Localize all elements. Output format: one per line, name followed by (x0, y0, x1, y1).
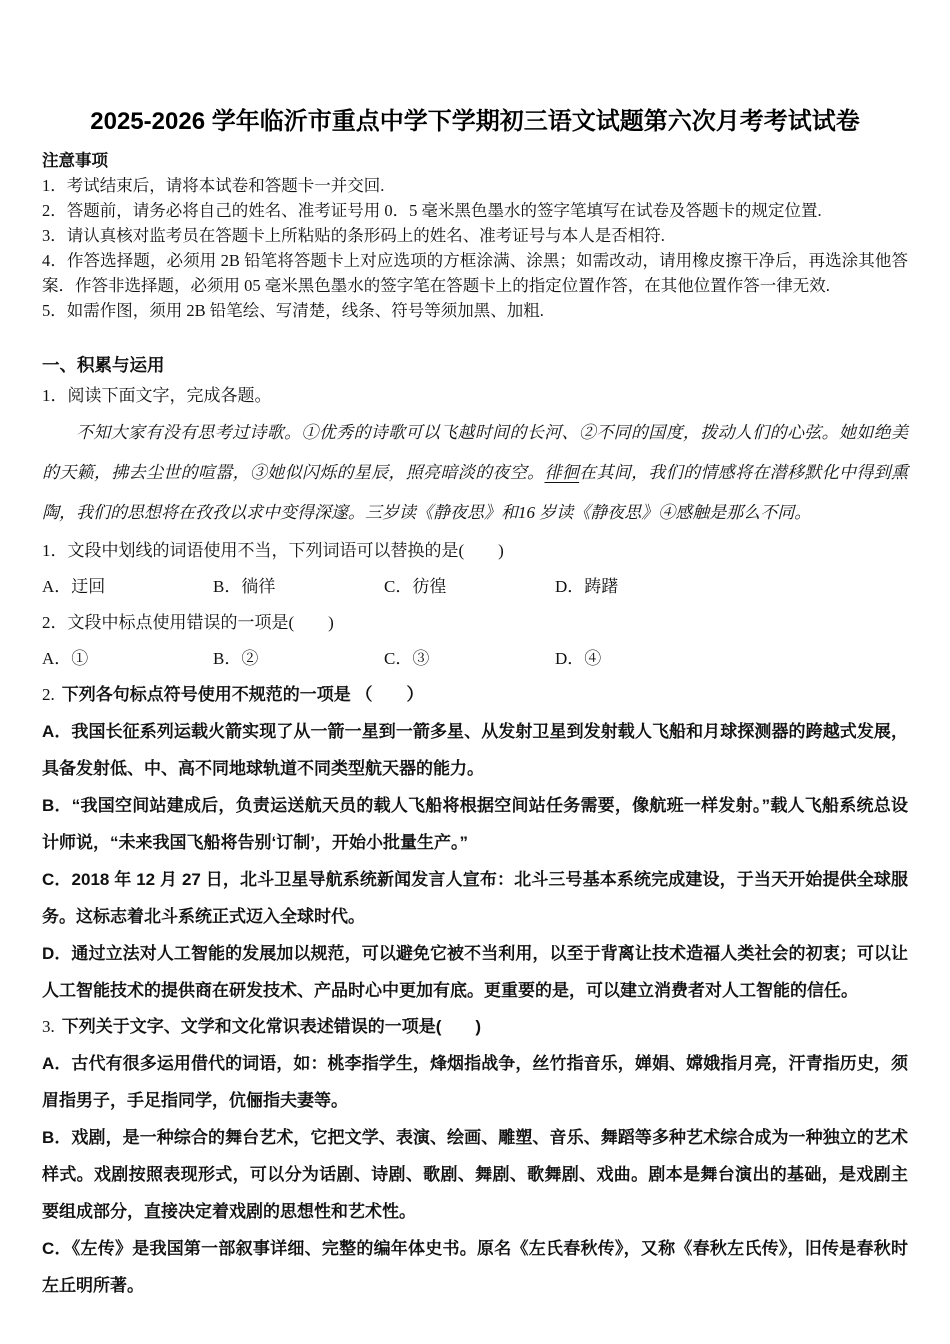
section-accumulation-and-use: 一、积累与运用 1．阅读下面文字，完成各题。 不知大家有没有思考过诗歌。①优秀的… (42, 351, 908, 1304)
question-2-stem: 2.下列各句标点符号使用不规范的一项是 （ ） (42, 677, 908, 713)
notice-heading: 注意事项 (42, 148, 908, 173)
sub-question-1-stem: 1．文段中划线的词语使用不当，下列词语可以替换的是( ) (42, 533, 908, 569)
sub2-option-a: A．① (42, 641, 213, 677)
question-2-option-d: D．通过立法对人工智能的发展加以规范，可以避免它被不当利用，以至于背离让技术造福… (42, 935, 908, 1009)
question-2-number: 2. (42, 685, 55, 704)
question-3-text: 下列关于文字、文学和文化常识表述错误的一项是( ) (62, 1017, 481, 1036)
sub1-option-a: A．迂回 (42, 569, 213, 605)
sub-question-2-stem: 2．文段中标点使用错误的一项是( ) (42, 605, 908, 641)
passage-underlined-word: 徘徊 (544, 463, 579, 482)
sub-question-1-options: A．迂回 B．徜徉 C．彷徨 D．踌躇 (42, 569, 908, 605)
question-2-option-b: B．“我国空间站建成后，负责运送航天员的载人飞船将根据空间站任务需要，像航班一样… (42, 787, 908, 861)
section-heading: 一、积累与运用 (42, 351, 908, 379)
notice-item-4: 4．作答选择题，必须用 2B 铅笔将答题卡上对应选项的方框涂满、涂黑；如需改动，… (42, 248, 908, 298)
question-3-option-b: B．戏剧，是一种综合的舞台艺术，它把文学、表演、绘画、雕塑、音乐、舞蹈等多种艺术… (42, 1119, 908, 1230)
sub-question-2-options: A．① B．② C．③ D．④ (42, 641, 908, 677)
question-2-option-a: A．我国长征系列运载火箭实现了从一箭一星到一箭多星、从发射卫星到发射载人飞船和月… (42, 713, 908, 787)
exam-paper-page: 2025-2026 学年临沂市重点中学下学期初三语文试题第六次月考考试试卷 注意… (0, 0, 950, 1344)
question-3-option-c: C．《左传》是我国第一部叙事详细、完整的编年体史书。原名《左氏春秋传》，又称《春… (42, 1230, 908, 1304)
reading-passage: 不知大家有没有思考过诗歌。①优秀的诗歌可以飞越时间的长河、②不同的国度，拨动人们… (42, 413, 908, 533)
sub1-option-c: C．彷徨 (384, 569, 555, 605)
sub1-option-d: D．踌躇 (555, 569, 618, 605)
notice-item-5: 5．如需作图，须用 2B 铅笔绘、写清楚，线条、符号等须加黑、加粗. (42, 298, 908, 323)
question-3-stem: 3.下列关于文字、文学和文化常识表述错误的一项是( ) (42, 1009, 908, 1045)
sub2-option-d: D．④ (555, 641, 601, 677)
notice-item-1: 1．考试结束后，请将本试卷和答题卡一并交回. (42, 173, 908, 198)
sub2-option-c: C．③ (384, 641, 555, 677)
notice-item-3: 3．请认真核对监考员在答题卡上所粘贴的条形码上的姓名、准考证号与本人是否相符. (42, 223, 908, 248)
page-title: 2025-2026 学年临沂市重点中学下学期初三语文试题第六次月考考试试卷 (42, 106, 908, 138)
question-2-text: 下列各句标点符号使用不规范的一项是 （ ） (62, 685, 424, 704)
sub1-option-b: B．徜徉 (213, 569, 384, 605)
question-3-option-a: A．古代有很多运用借代的词语，如：桃李指学生，烽烟指战争，丝竹指音乐，婵娟、嫦娥… (42, 1045, 908, 1119)
sub2-option-b: B．② (213, 641, 384, 677)
question-2-option-c: C．2018 年 12 月 27 日，北斗卫星导航系统新闻发言人宣布：北斗三号基… (42, 861, 908, 935)
question-1-intro: 1．阅读下面文字，完成各题。 (42, 379, 908, 413)
question-3-number: 3. (42, 1017, 55, 1036)
notice-section: 注意事项 1．考试结束后，请将本试卷和答题卡一并交回. 2．答题前，请务必将自己… (42, 148, 908, 323)
notice-item-2: 2．答题前，请务必将自己的姓名、准考证号用 0．5 毫米黑色墨水的签字笔填写在试… (42, 198, 908, 223)
